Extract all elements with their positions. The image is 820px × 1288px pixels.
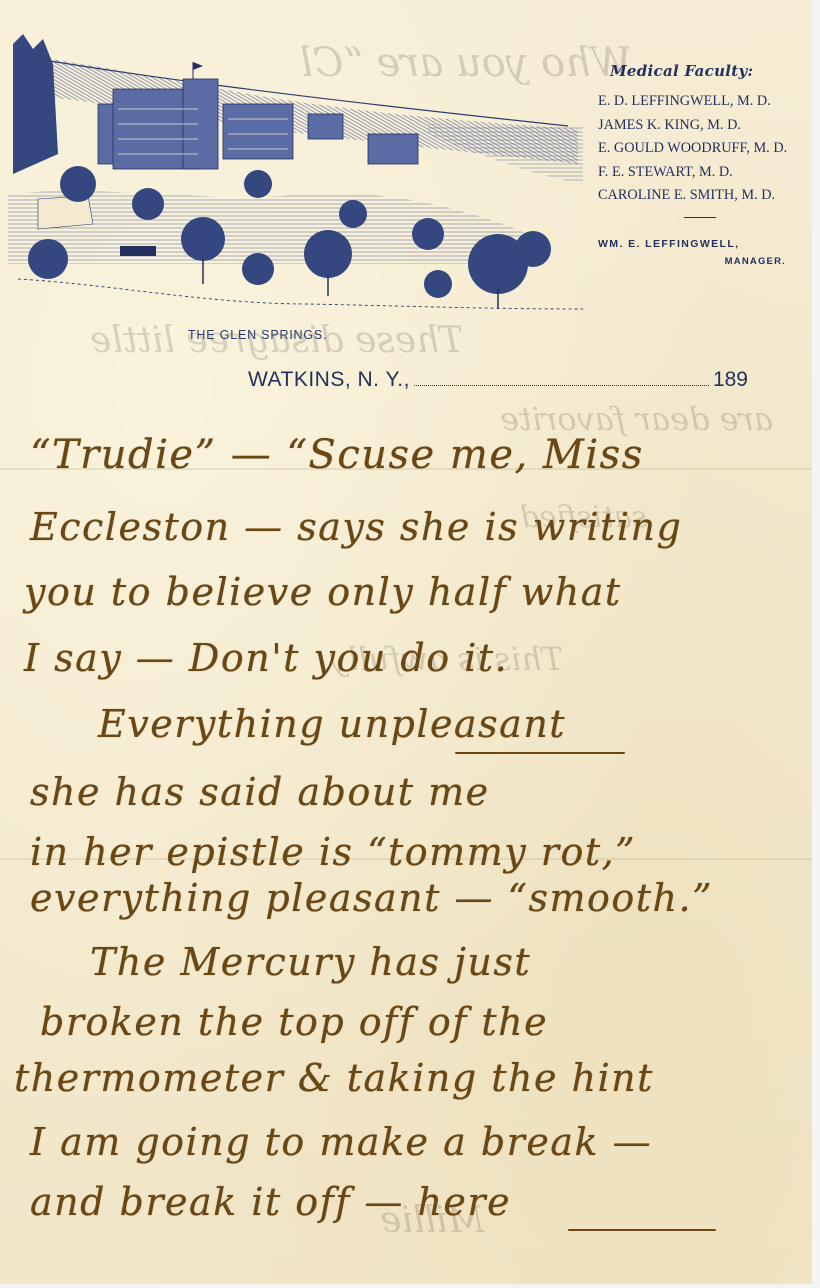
handwritten-line: broken the top off of the xyxy=(40,1000,548,1044)
faculty-member: JAMES K. KING, M. D. xyxy=(598,114,808,138)
handwritten-line: Eccleston — says she is writing xyxy=(30,505,682,549)
faculty-member: E. D. LEFFINGWELL, M. D. xyxy=(598,90,808,114)
handwritten-line: I say — Don't you do it. xyxy=(24,636,508,680)
handwritten-line: and break it off — here xyxy=(30,1180,511,1224)
dateline-year: 189 xyxy=(713,368,748,392)
letter-sheet: Who you are “Cl These disagree little ar… xyxy=(0,0,812,1284)
dateline: WATKINS, N. Y., 189 xyxy=(248,362,748,392)
dateline-place: WATKINS, N. Y., xyxy=(248,368,410,392)
handwritten-line: she has said about me xyxy=(30,770,490,814)
faculty-member: CAROLINE E. SMITH, M. D. xyxy=(598,184,808,208)
medical-faculty-list: Medical Faculty: E. D. LEFFINGWELL, M. D… xyxy=(598,62,808,267)
dateline-dotted-rule xyxy=(414,385,709,386)
handwritten-line: Everything unpleasant xyxy=(98,702,566,746)
faculty-member: E. GOULD WOODRUFF, M. D. xyxy=(598,137,808,161)
faculty-member: F. E. STEWART, M. D. xyxy=(598,161,808,185)
handwritten-line: I am going to make a break — xyxy=(30,1120,652,1164)
handwritten-line: “Trudie” — “Scuse me, Miss xyxy=(30,432,644,478)
handwritten-line: in her epistle is “tommy rot,” xyxy=(30,830,636,874)
handwritten-line: thermometer & taking the hint xyxy=(14,1056,654,1100)
underline-unpleasant xyxy=(455,752,625,754)
manager-name: WM. E. LEFFINGWELL, xyxy=(598,238,808,250)
faculty-divider xyxy=(684,217,716,218)
manager-title: MANAGER. xyxy=(598,256,808,267)
faculty-heading: Medical Faculty: xyxy=(610,62,808,80)
engraving-caption: THE GLEN SPRINGS. xyxy=(188,328,327,342)
glen-springs-engraving xyxy=(8,34,588,324)
handwritten-line: The Mercury has just xyxy=(90,940,531,984)
handwritten-line: you to believe only half what xyxy=(24,570,622,614)
handwritten-line: everything pleasant — “smooth.” xyxy=(30,876,713,920)
underline-here xyxy=(568,1229,716,1231)
